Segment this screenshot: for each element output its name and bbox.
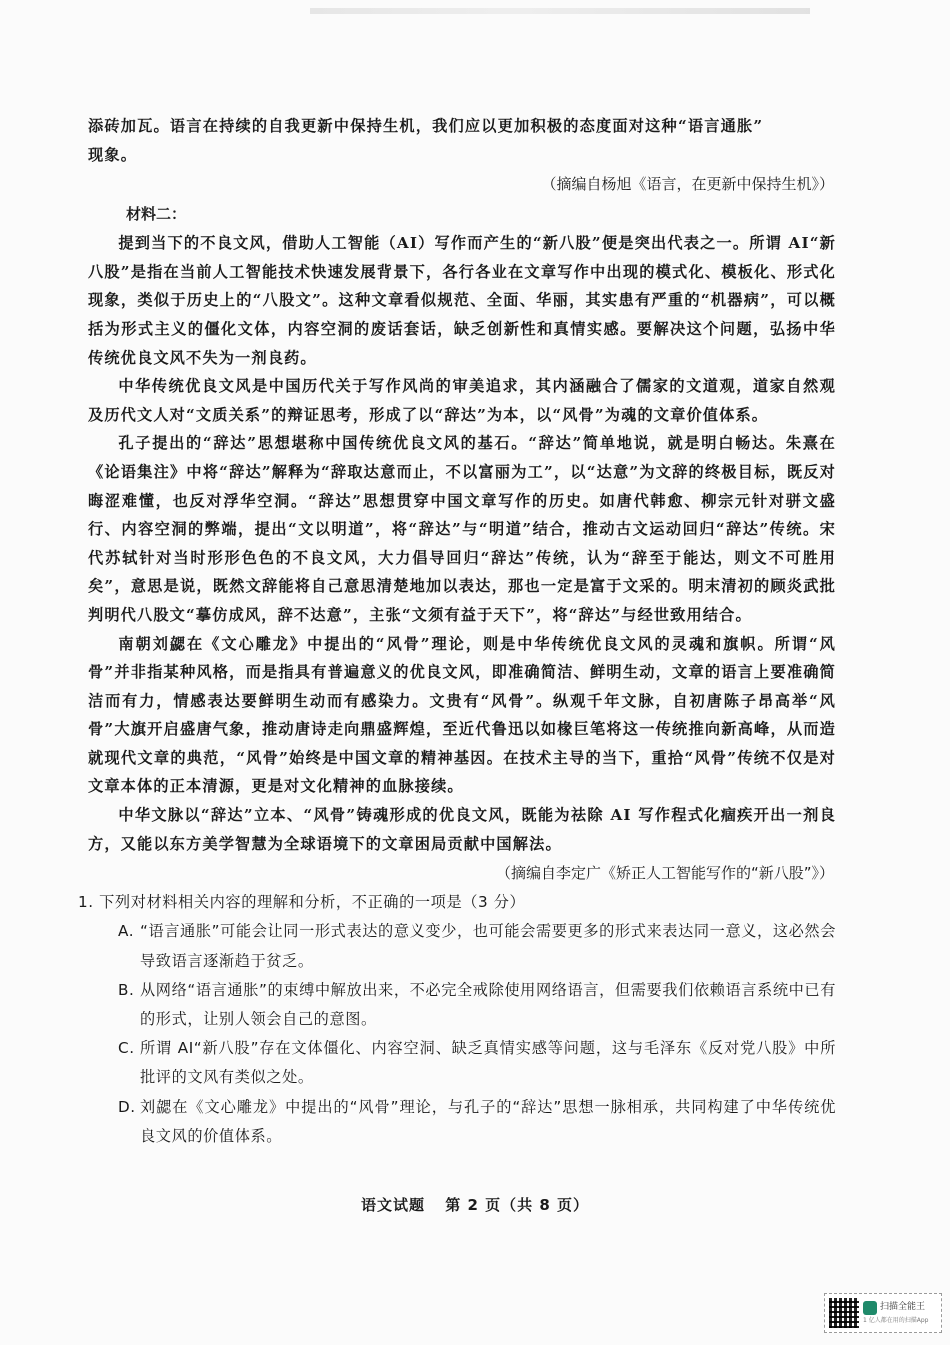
paragraph: 中华传统优良文风是中国历代关于写作风尚的审美追求，其内涵融合了儒家的文道观，道家… [88, 372, 836, 429]
bleed-through-artifact [310, 8, 810, 14]
watermark-subtitle: 1 亿人都在用的扫描App [863, 1315, 928, 1326]
app-logo-icon [863, 1301, 877, 1315]
footer-subject: 语文试题 [361, 1196, 425, 1214]
paragraph: 孔子提出的“辞达”思想堪称中国传统优良文风的基石。“辞达”简单地说，就是明白畅达… [88, 429, 836, 629]
option-b: B. 从网络“语言通胀”的束缚中解放出来，不必完全戒除使用网络语言，但需要我们依… [118, 976, 836, 1034]
question-1: 1. 下列对材料相关内容的理解和分析，不正确的一项是（3 分） A. “语言通胀… [88, 888, 836, 1151]
paragraph: 中华文脉以“辞达”立本、“风骨”铸魂形成的优良文风，既能为祛除 AI 写作程式化… [88, 801, 836, 858]
option-d: D. 刘勰在《文心雕龙》中提出的“风骨”理论，与孔子的“辞达”思想一脉相承，共同… [118, 1093, 836, 1151]
option-text: 刘勰在《文心雕龙》中提出的“风骨”理论，与孔子的“辞达”思想一脉相承，共同构建了… [140, 1093, 836, 1151]
text-line: 添砖加瓦。语言在持续的自我更新中保持生机，我们应以更加积极的态度面对这种“语言通… [88, 112, 836, 141]
footer-page-number: 第 2 页（共 8 页） [445, 1196, 589, 1214]
option-letter: D. [118, 1093, 140, 1151]
option-text: 从网络“语言通胀”的束缚中解放出来，不必完全戒除使用网络语言，但需要我们依赖语言… [140, 976, 836, 1034]
option-text: “语言通胀”可能会让同一形式表达的意义变少，也可能会需要更多的形式来表达同一意义… [140, 917, 836, 975]
page-footer: 语文试题 第 2 页（共 8 页） [0, 1194, 950, 1215]
material-two-source: （摘编自李定广《矫正人工智能写作的“新八股”》） [88, 858, 836, 888]
question-stem: 1. 下列对材料相关内容的理解和分析，不正确的一项是（3 分） [78, 888, 836, 917]
material-two-heading: 材料二： [88, 199, 836, 229]
text-line: 现象。 [88, 141, 836, 170]
watermark-brand: 扫描全能王 [880, 1302, 925, 1313]
option-letter: A. [118, 917, 140, 975]
material-two: 材料二： 提到当下的不良文风，借助人工智能（AI）写作而产生的“新八股”便是突出… [88, 199, 836, 888]
option-c: C. 所谓 AI“新八股”存在文体僵化、内容空洞、缺乏真情实感等问题，这与毛泽东… [118, 1034, 836, 1092]
exam-page: 添砖加瓦。语言在持续的自我更新中保持生机，我们应以更加积极的态度面对这种“语言通… [88, 112, 836, 1151]
material-one-tail: 添砖加瓦。语言在持续的自我更新中保持生机，我们应以更加积极的态度面对这种“语言通… [88, 112, 836, 199]
paragraph: 南朝刘勰在《文心雕龙》中提出的“风骨”理论，则是中华传统优良文风的灵魂和旗帜。所… [88, 630, 836, 802]
option-text: 所谓 AI“新八股”存在文体僵化、内容空洞、缺乏真情实感等问题，这与毛泽东《反对… [140, 1034, 836, 1092]
scanner-watermark: 扫描全能王 1 亿人都在用的扫描App [824, 1293, 942, 1333]
paragraph: 提到当下的不良文风，借助人工智能（AI）写作而产生的“新八股”便是突出代表之一。… [88, 229, 836, 372]
option-letter: C. [118, 1034, 140, 1092]
qr-code-icon [829, 1298, 859, 1328]
material-one-source: （摘编自杨旭《语言，在更新中保持生机》） [88, 169, 836, 199]
option-letter: B. [118, 976, 140, 1034]
option-a: A. “语言通胀”可能会让同一形式表达的意义变少，也可能会需要更多的形式来表达同… [118, 917, 836, 975]
